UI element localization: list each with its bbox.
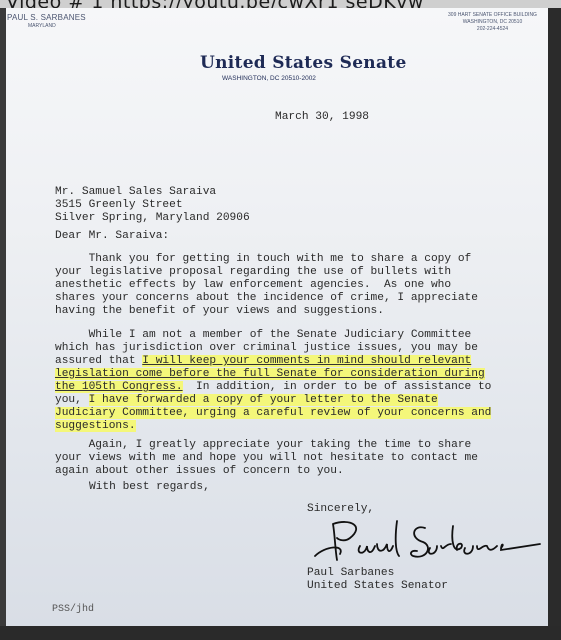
text-line: anesthetic effects by law enforcement ag…: [55, 279, 478, 292]
highlighted-text: I have forwarded a copy of your letter t…: [89, 394, 438, 406]
bottom-border: [0, 626, 561, 640]
text-span: you,: [55, 394, 89, 406]
signer-name: Paul Sarbanes: [307, 567, 448, 580]
text-line: shares your concerns about the incidence…: [55, 292, 478, 305]
text-line: again about other issues of concern to y…: [55, 465, 478, 478]
office-line: 309 HART SENATE OFFICE BUILDING: [440, 12, 545, 19]
text-line: Again, I greatly appreciate your taking …: [55, 439, 478, 452]
highlighted-text: Judiciary Committee, urging a careful re…: [55, 407, 491, 419]
senate-address: WASHINGTON, DC 20510-2002: [222, 75, 316, 82]
right-border: [548, 8, 561, 640]
closing: With best regards,: [89, 481, 210, 494]
sender-state: MARYLAND: [28, 23, 86, 29]
text-span: assured that: [55, 355, 142, 367]
recipient-street: 3515 Greenly Street: [55, 199, 250, 212]
paragraph-1: Thank you for getting in touch with me t…: [55, 253, 478, 318]
highlighted-text: legislation come before the full Senate …: [55, 368, 485, 380]
text-line: While I am not a member of the Senate Ju…: [55, 329, 491, 342]
text-line: assured that I will keep your comments i…: [55, 355, 491, 368]
office-phone: 202-224-4524: [440, 26, 545, 33]
recipient-address: Mr. Samuel Sales Saraiva3515 Greenly Str…: [55, 186, 250, 225]
text-line: legislation come before the full Senate …: [55, 368, 491, 381]
text-line: you, I have forwarded a copy of your let…: [55, 394, 491, 407]
letter-date: March 30, 1998: [275, 111, 369, 124]
signer-block: Paul SarbanesUnited States Senator: [307, 567, 448, 593]
signature: [305, 516, 545, 568]
text-line: your legislative proposal regarding the …: [55, 266, 478, 279]
highlighted-text: suggestions.: [55, 420, 136, 432]
reference-initials: PSS/jhd: [52, 603, 94, 616]
signer-title: United States Senator: [307, 580, 448, 593]
sender-header: PAUL S. SARBANES MARYLAND: [7, 13, 86, 29]
paragraph-3: Again, I greatly appreciate your taking …: [55, 439, 478, 478]
recipient-city: Silver Spring, Maryland 20906: [55, 212, 250, 225]
office-address: 309 HART SENATE OFFICE BUILDING WASHINGT…: [440, 12, 545, 33]
highlighted-text: the 105th Congress.: [55, 381, 183, 393]
text-line: the 105th Congress. In addition, in orde…: [55, 381, 491, 394]
text-line: Thank you for getting in touch with me t…: [55, 253, 478, 266]
text-line: Judiciary Committee, urging a careful re…: [55, 407, 491, 420]
office-line: WASHINGTON, DC 20510: [440, 19, 545, 26]
sender-name: PAUL S. SARBANES: [7, 13, 86, 22]
paragraph-2: While I am not a member of the Senate Ju…: [55, 329, 491, 433]
text-span: In addition, in order to be of assistanc…: [183, 381, 492, 393]
text-line: suggestions.: [55, 420, 491, 433]
text-line: which has jurisdiction over criminal jus…: [55, 342, 491, 355]
sincerely: Sincerely,: [307, 503, 374, 516]
senate-title: United States Senate: [200, 53, 407, 73]
salutation: Dear Mr. Saraiva:: [55, 230, 169, 243]
recipient-name: Mr. Samuel Sales Saraiva: [55, 186, 250, 199]
text-line: your views with me and hope you will not…: [55, 452, 478, 465]
highlighted-text: I will keep your comments in mind should…: [142, 355, 471, 367]
text-line: having the benefit of your views and sug…: [55, 305, 478, 318]
